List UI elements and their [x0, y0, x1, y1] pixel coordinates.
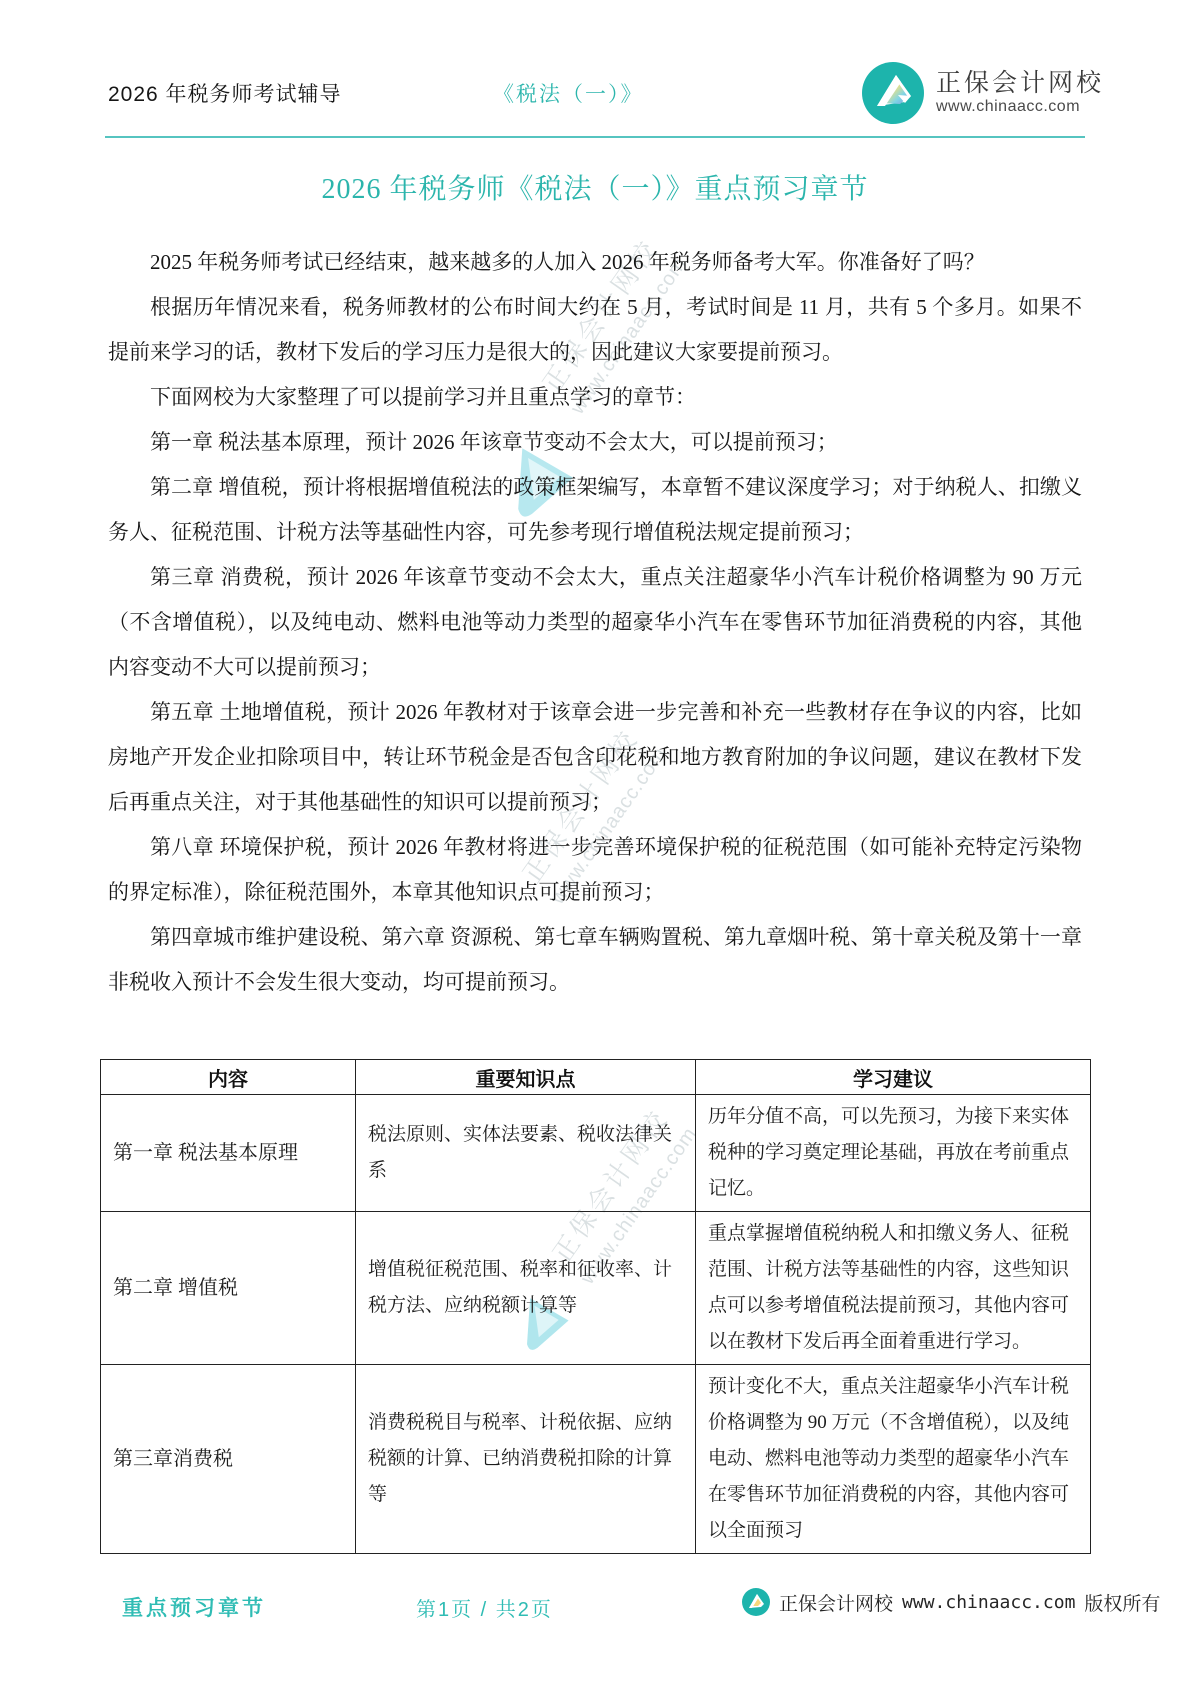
header-divider	[105, 136, 1085, 138]
footer-page-indicator: 第1页 / 共2页	[416, 1593, 553, 1622]
paragraph-schedule: 根据历年情况来看，税务师教材的公布时间大约在 5 月，考试时间是 11 月，共有…	[108, 285, 1082, 375]
cell-knowledge: 消费税税目与税率、计税依据、应纳税额的计算、已纳消费税扣除的计算等	[356, 1365, 696, 1554]
cell-chapter: 第三章消费税	[101, 1365, 356, 1554]
chapters-table: 内容 重要知识点 学习建议 第一章 税法基本原理 税法原则、实体法要素、税收法律…	[100, 1059, 1091, 1554]
paragraph-chapter2: 第二章 增值税，预计将根据增值税法的政策框架编写，本章暂不建议深度学习；对于纳税…	[108, 465, 1082, 555]
body-content: 2025 年税务师考试已经结束，越来越多的人加入 2026 年税务师备考大军。你…	[108, 240, 1082, 1005]
chinaacc-logo-icon	[862, 62, 924, 124]
footer-section-label: 重点预习章节	[122, 1592, 266, 1622]
footer-copyright-block: 正保会计网校 www.chinaacc.com 版权所有	[742, 1588, 1160, 1616]
paragraph-chapter1: 第一章 税法基本原理，预计 2026 年该章节变动不会太大，可以提前预习；	[108, 420, 1082, 465]
cell-chapter: 第一章 税法基本原理	[101, 1095, 356, 1212]
brand-url: www.chinaacc.com	[936, 98, 1104, 116]
footer-brand-logo-icon	[742, 1588, 770, 1616]
cell-advice: 预计变化不大，重点关注超豪华小汽车计税价格调整为 90 万元（不含增值税），以及…	[696, 1365, 1091, 1554]
brand-text-block: 正保会计网校 www.chinaacc.com	[936, 69, 1104, 116]
cell-chapter: 第二章 增值税	[101, 1212, 356, 1365]
brand-name: 正保会计网校	[936, 69, 1104, 98]
footer-url: www.chinaacc.com	[902, 1592, 1075, 1613]
table-row: 第二章 增值税 增值税征税范围、税率和征收率、计税方法、应纳税额计算等 重点掌握…	[101, 1212, 1091, 1365]
col-header-content: 内容	[101, 1060, 356, 1095]
footer-rights: 版权所有	[1084, 1589, 1160, 1616]
paragraph-intro: 2025 年税务师考试已经结束，越来越多的人加入 2026 年税务师备考大军。你…	[108, 240, 1082, 285]
cell-advice: 重点掌握增值税纳税人和扣缴义务人、征税范围、计税方法等基础性的内容，这些知识点可…	[696, 1212, 1091, 1365]
paragraph-chapter5: 第五章 土地增值税，预计 2026 年教材对于该章会进一步完善和补充一些教材存在…	[108, 690, 1082, 825]
cell-knowledge: 税法原则、实体法要素、税收法律关系	[356, 1095, 696, 1212]
document-page: 正保会计网校 www.chinaacc.com 正保会计网校 www.china…	[0, 0, 1190, 1683]
table-header-row: 内容 重要知识点 学习建议	[101, 1060, 1091, 1095]
cell-advice: 历年分值不高，可以先预习，为接下来实体税种的学习奠定理论基础，再放在考前重点记忆…	[696, 1095, 1091, 1212]
page-header: 2026 年税务师考试辅导 《税法（一）》	[108, 58, 1104, 128]
page-footer: 重点预习章节 第1页 / 共2页 正保会计网校 www.chinaacc.com…	[0, 1586, 1190, 1628]
cell-knowledge: 增值税征税范围、税率和征收率、计税方法、应纳税额计算等	[356, 1212, 696, 1365]
col-header-knowledge: 重要知识点	[356, 1060, 696, 1095]
paragraph-other-chapters: 第四章城市维护建设税、第六章 资源税、第七章车辆购置税、第九章烟叶税、第十章关税…	[108, 915, 1082, 1005]
table-row: 第一章 税法基本原理 税法原则、实体法要素、税收法律关系 历年分值不高，可以先预…	[101, 1095, 1091, 1212]
footer-brand-text: 正保会计网校	[779, 1589, 893, 1616]
page-title: 2026 年税务师《税法（一）》重点预习章节	[0, 167, 1190, 207]
paragraph-lead-in: 下面网校为大家整理了可以提前学习并且重点学习的章节：	[108, 375, 1082, 420]
paragraph-chapter3: 第三章 消费税，预计 2026 年该章节变动不会太大，重点关注超豪华小汽车计税价…	[108, 555, 1082, 690]
paragraph-chapter8: 第八章 环境保护税，预计 2026 年教材将进一步完善环境保护税的征税范围（如可…	[108, 825, 1082, 915]
header-course-label: 2026 年税务师考试辅导	[108, 78, 342, 108]
header-subject-label: 《税法（一）》	[493, 78, 644, 108]
table-row: 第三章消费税 消费税税目与税率、计税依据、应纳税额的计算、已纳消费税扣除的计算等…	[101, 1365, 1091, 1554]
brand-logo: 正保会计网校 www.chinaacc.com	[862, 62, 1104, 124]
col-header-advice: 学习建议	[696, 1060, 1091, 1095]
